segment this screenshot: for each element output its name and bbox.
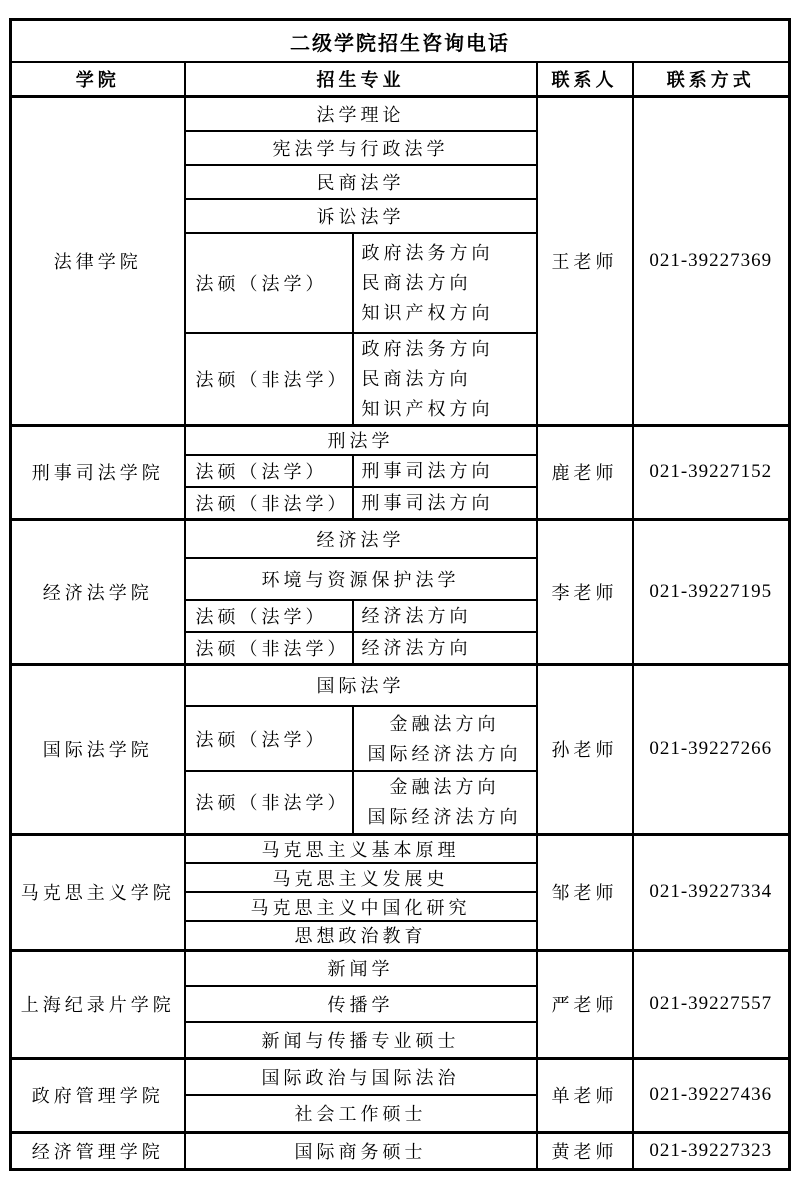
direction-line: 国际经济法方向 xyxy=(354,802,536,832)
major-name: 宪法学与行政法学 xyxy=(185,131,537,165)
table-row: 经济管理学院国际商务硕士黄老师021-39227323 xyxy=(11,1132,790,1169)
direction-cell: 金融法方向国际经济法方向 xyxy=(353,771,537,834)
direction-cell: 经济法方向 xyxy=(353,632,537,665)
phone-number: 021-39227195 xyxy=(633,520,790,665)
contact-person: 邹老师 xyxy=(537,834,633,950)
program-name: 法硕（法学） xyxy=(185,233,353,333)
table-row: 马克思主义学院马克思主义基本原理邹老师021-39227334 xyxy=(11,834,790,863)
major-name: 马克思主义中国化研究 xyxy=(185,892,537,921)
table-row: 国际法学院国际法学孙老师021-39227266 xyxy=(11,664,790,706)
table-row: 上海纪录片学院新闻学严老师021-39227557 xyxy=(11,950,790,986)
major-name: 经济法学 xyxy=(185,520,537,558)
table-row: 政府管理学院国际政治与国际法治单老师021-39227436 xyxy=(11,1058,790,1095)
direction-line: 刑事司法方向 xyxy=(362,488,536,518)
direction-line: 金融法方向 xyxy=(354,772,536,802)
direction-line: 政府法务方向 xyxy=(362,238,536,268)
major-name: 马克思主义发展史 xyxy=(185,863,537,892)
table-row: 经济法学院经济法学李老师021-39227195 xyxy=(11,520,790,558)
phone-number: 021-39227369 xyxy=(633,97,790,426)
table-row: 法律学院法学理论王老师021-39227369 xyxy=(11,97,790,131)
major-name: 刑法学 xyxy=(185,425,537,455)
college-name: 法律学院 xyxy=(11,97,185,426)
college-name: 刑事司法学院 xyxy=(11,425,185,520)
phone-number: 021-39227557 xyxy=(633,950,790,1058)
direction-line: 民商法方向 xyxy=(362,268,536,298)
header-contact: 联系人 xyxy=(537,62,633,97)
major-name: 思想政治教育 xyxy=(185,921,537,950)
contact-person: 严老师 xyxy=(537,950,633,1058)
contact-person: 鹿老师 xyxy=(537,425,633,520)
direction-line: 金融法方向 xyxy=(354,709,536,739)
major-name: 民商法学 xyxy=(185,165,537,199)
header-row: 学院 招生专业 联系人 联系方式 xyxy=(11,62,790,97)
direction-line: 经济法方向 xyxy=(362,601,536,631)
program-name: 法硕（法学） xyxy=(185,600,353,632)
table-title: 二级学院招生咨询电话 xyxy=(11,20,790,63)
table-body: 法律学院法学理论王老师021-39227369宪法学与行政法学民商法学诉讼法学法… xyxy=(11,97,790,1170)
college-name: 经济法学院 xyxy=(11,520,185,665)
major-name: 国际法学 xyxy=(185,664,537,706)
college-name: 马克思主义学院 xyxy=(11,834,185,950)
contact-person: 黄老师 xyxy=(537,1132,633,1169)
direction-cell: 刑事司法方向 xyxy=(353,487,537,520)
direction-cell: 金融法方向国际经济法方向 xyxy=(353,706,537,771)
header-major: 招生专业 xyxy=(185,62,537,97)
major-name: 新闻学 xyxy=(185,950,537,986)
major-name: 环境与资源保护法学 xyxy=(185,558,537,600)
direction-line: 刑事司法方向 xyxy=(362,456,536,486)
college-name: 上海纪录片学院 xyxy=(11,950,185,1058)
direction-line: 政府法务方向 xyxy=(362,334,536,364)
major-name: 传播学 xyxy=(185,986,537,1022)
contact-person: 孙老师 xyxy=(537,664,633,834)
phone-number: 021-39227152 xyxy=(633,425,790,520)
program-name: 法硕（非法学） xyxy=(185,771,353,834)
phone-number: 021-39227334 xyxy=(633,834,790,950)
major-name: 社会工作硕士 xyxy=(185,1095,537,1132)
major-name: 国际商务硕士 xyxy=(185,1132,537,1169)
direction-cell: 政府法务方向民商法方向知识产权方向 xyxy=(353,333,537,426)
direction-line: 民商法方向 xyxy=(362,364,536,394)
major-name: 马克思主义基本原理 xyxy=(185,834,537,863)
program-name: 法硕（非法学） xyxy=(185,487,353,520)
major-name: 法学理论 xyxy=(185,97,537,131)
direction-line: 知识产权方向 xyxy=(362,298,536,328)
college-name: 政府管理学院 xyxy=(11,1058,185,1132)
title-row: 二级学院招生咨询电话 xyxy=(11,20,790,63)
table-row: 刑事司法学院刑法学鹿老师021-39227152 xyxy=(11,425,790,455)
direction-cell: 政府法务方向民商法方向知识产权方向 xyxy=(353,233,537,333)
contact-person: 李老师 xyxy=(537,520,633,665)
phone-number: 021-39227436 xyxy=(633,1058,790,1132)
college-name: 国际法学院 xyxy=(11,664,185,834)
major-name: 诉讼法学 xyxy=(185,199,537,233)
direction-line: 国际经济法方向 xyxy=(354,739,536,769)
contact-person: 单老师 xyxy=(537,1058,633,1132)
phone-number: 021-39227323 xyxy=(633,1132,790,1169)
contact-person: 王老师 xyxy=(537,97,633,426)
direction-cell: 经济法方向 xyxy=(353,600,537,632)
direction-line: 知识产权方向 xyxy=(362,394,536,424)
major-name: 国际政治与国际法治 xyxy=(185,1058,537,1095)
direction-cell: 刑事司法方向 xyxy=(353,455,537,487)
phone-number: 021-39227266 xyxy=(633,664,790,834)
program-name: 法硕（非法学） xyxy=(185,333,353,426)
header-college: 学院 xyxy=(11,62,185,97)
program-name: 法硕（非法学） xyxy=(185,632,353,665)
direction-line: 经济法方向 xyxy=(362,633,536,663)
program-name: 法硕（法学） xyxy=(185,455,353,487)
header-phone: 联系方式 xyxy=(633,62,790,97)
program-name: 法硕（法学） xyxy=(185,706,353,771)
admissions-phone-table: 二级学院招生咨询电话 学院 招生专业 联系人 联系方式 法律学院法学理论王老师0… xyxy=(9,18,791,1171)
major-name: 新闻与传播专业硕士 xyxy=(185,1022,537,1058)
college-name: 经济管理学院 xyxy=(11,1132,185,1169)
